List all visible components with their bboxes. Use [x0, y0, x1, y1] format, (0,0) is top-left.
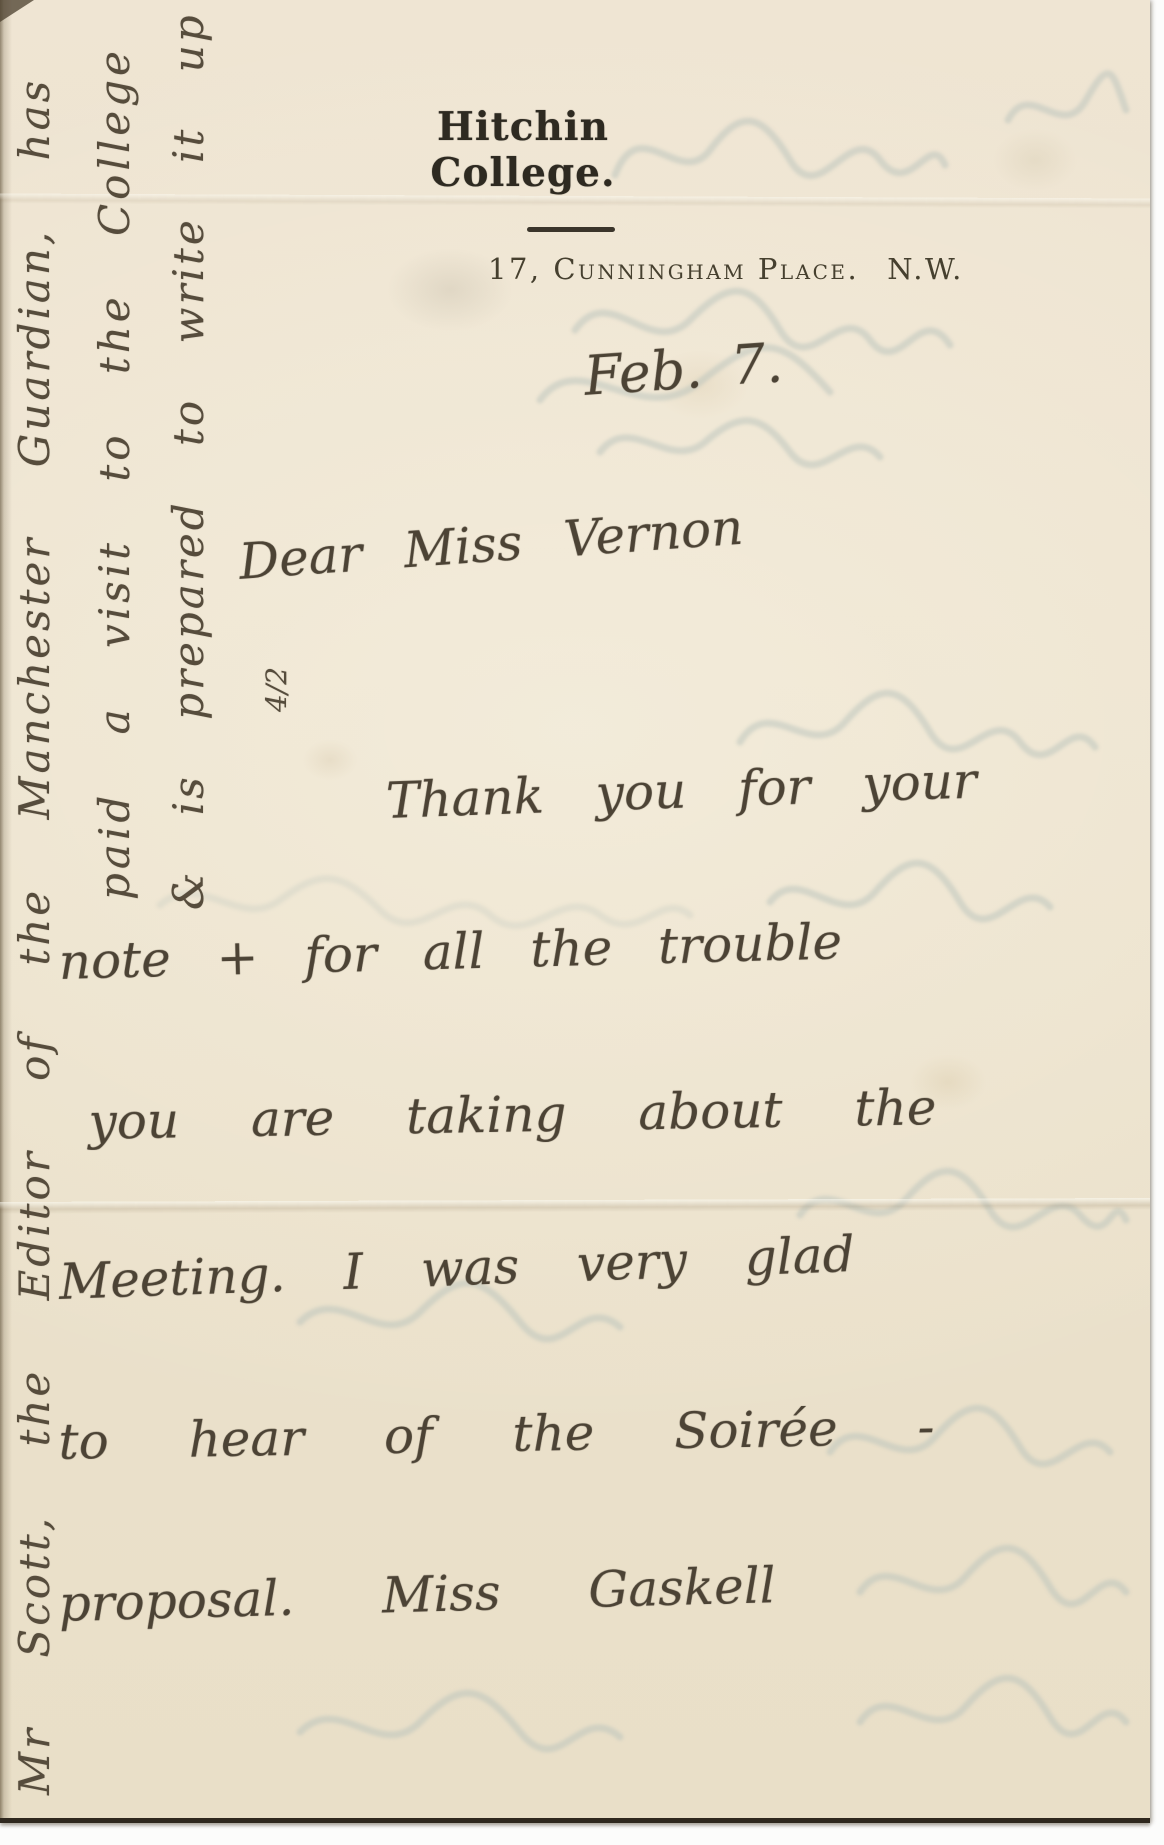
fold-crease-middle: [0, 1198, 1150, 1214]
body-line-2: note + for all the trouble: [58, 912, 843, 990]
letterhead-divider: [527, 227, 615, 232]
letterhead-street-address: 17, Cunningham Place.: [488, 252, 859, 286]
letterhead-address-line: 17, Cunningham Place.N.W.: [488, 252, 964, 286]
salutation: Dear Miss Vernon: [237, 498, 745, 591]
margin-note-line-2: paid a visit to the College: [90, 47, 139, 900]
body-line-5: to hear of the Soirée -: [58, 1398, 935, 1471]
letter-date: Feb. 7.: [582, 331, 785, 408]
margin-note-line-3: & is prepared to write it up: [164, 12, 213, 910]
body-line-4: Meeting. I was very glad: [58, 1225, 856, 1311]
margin-note-mark: 4/2: [260, 667, 293, 712]
body-line-1: Thank you for your: [385, 751, 978, 830]
scan-corner-shadow: [0, 0, 34, 22]
body-line-3: you are taking about the: [88, 1078, 937, 1151]
letterhead-postal-district: N.W.: [887, 252, 964, 286]
letter-page: Hitchin College. 17, Cunningham Place.N.…: [0, 0, 1150, 1823]
letterhead-college-name: Hitchin College.: [350, 104, 696, 196]
body-line-6: proposal. Miss Gaskell: [58, 1556, 776, 1633]
scanned-letter: Hitchin College. 17, Cunningham Place.N.…: [0, 0, 1164, 1845]
margin-note-line-1: Mr Scott, the Editor of the Manchester G…: [10, 78, 59, 1795]
